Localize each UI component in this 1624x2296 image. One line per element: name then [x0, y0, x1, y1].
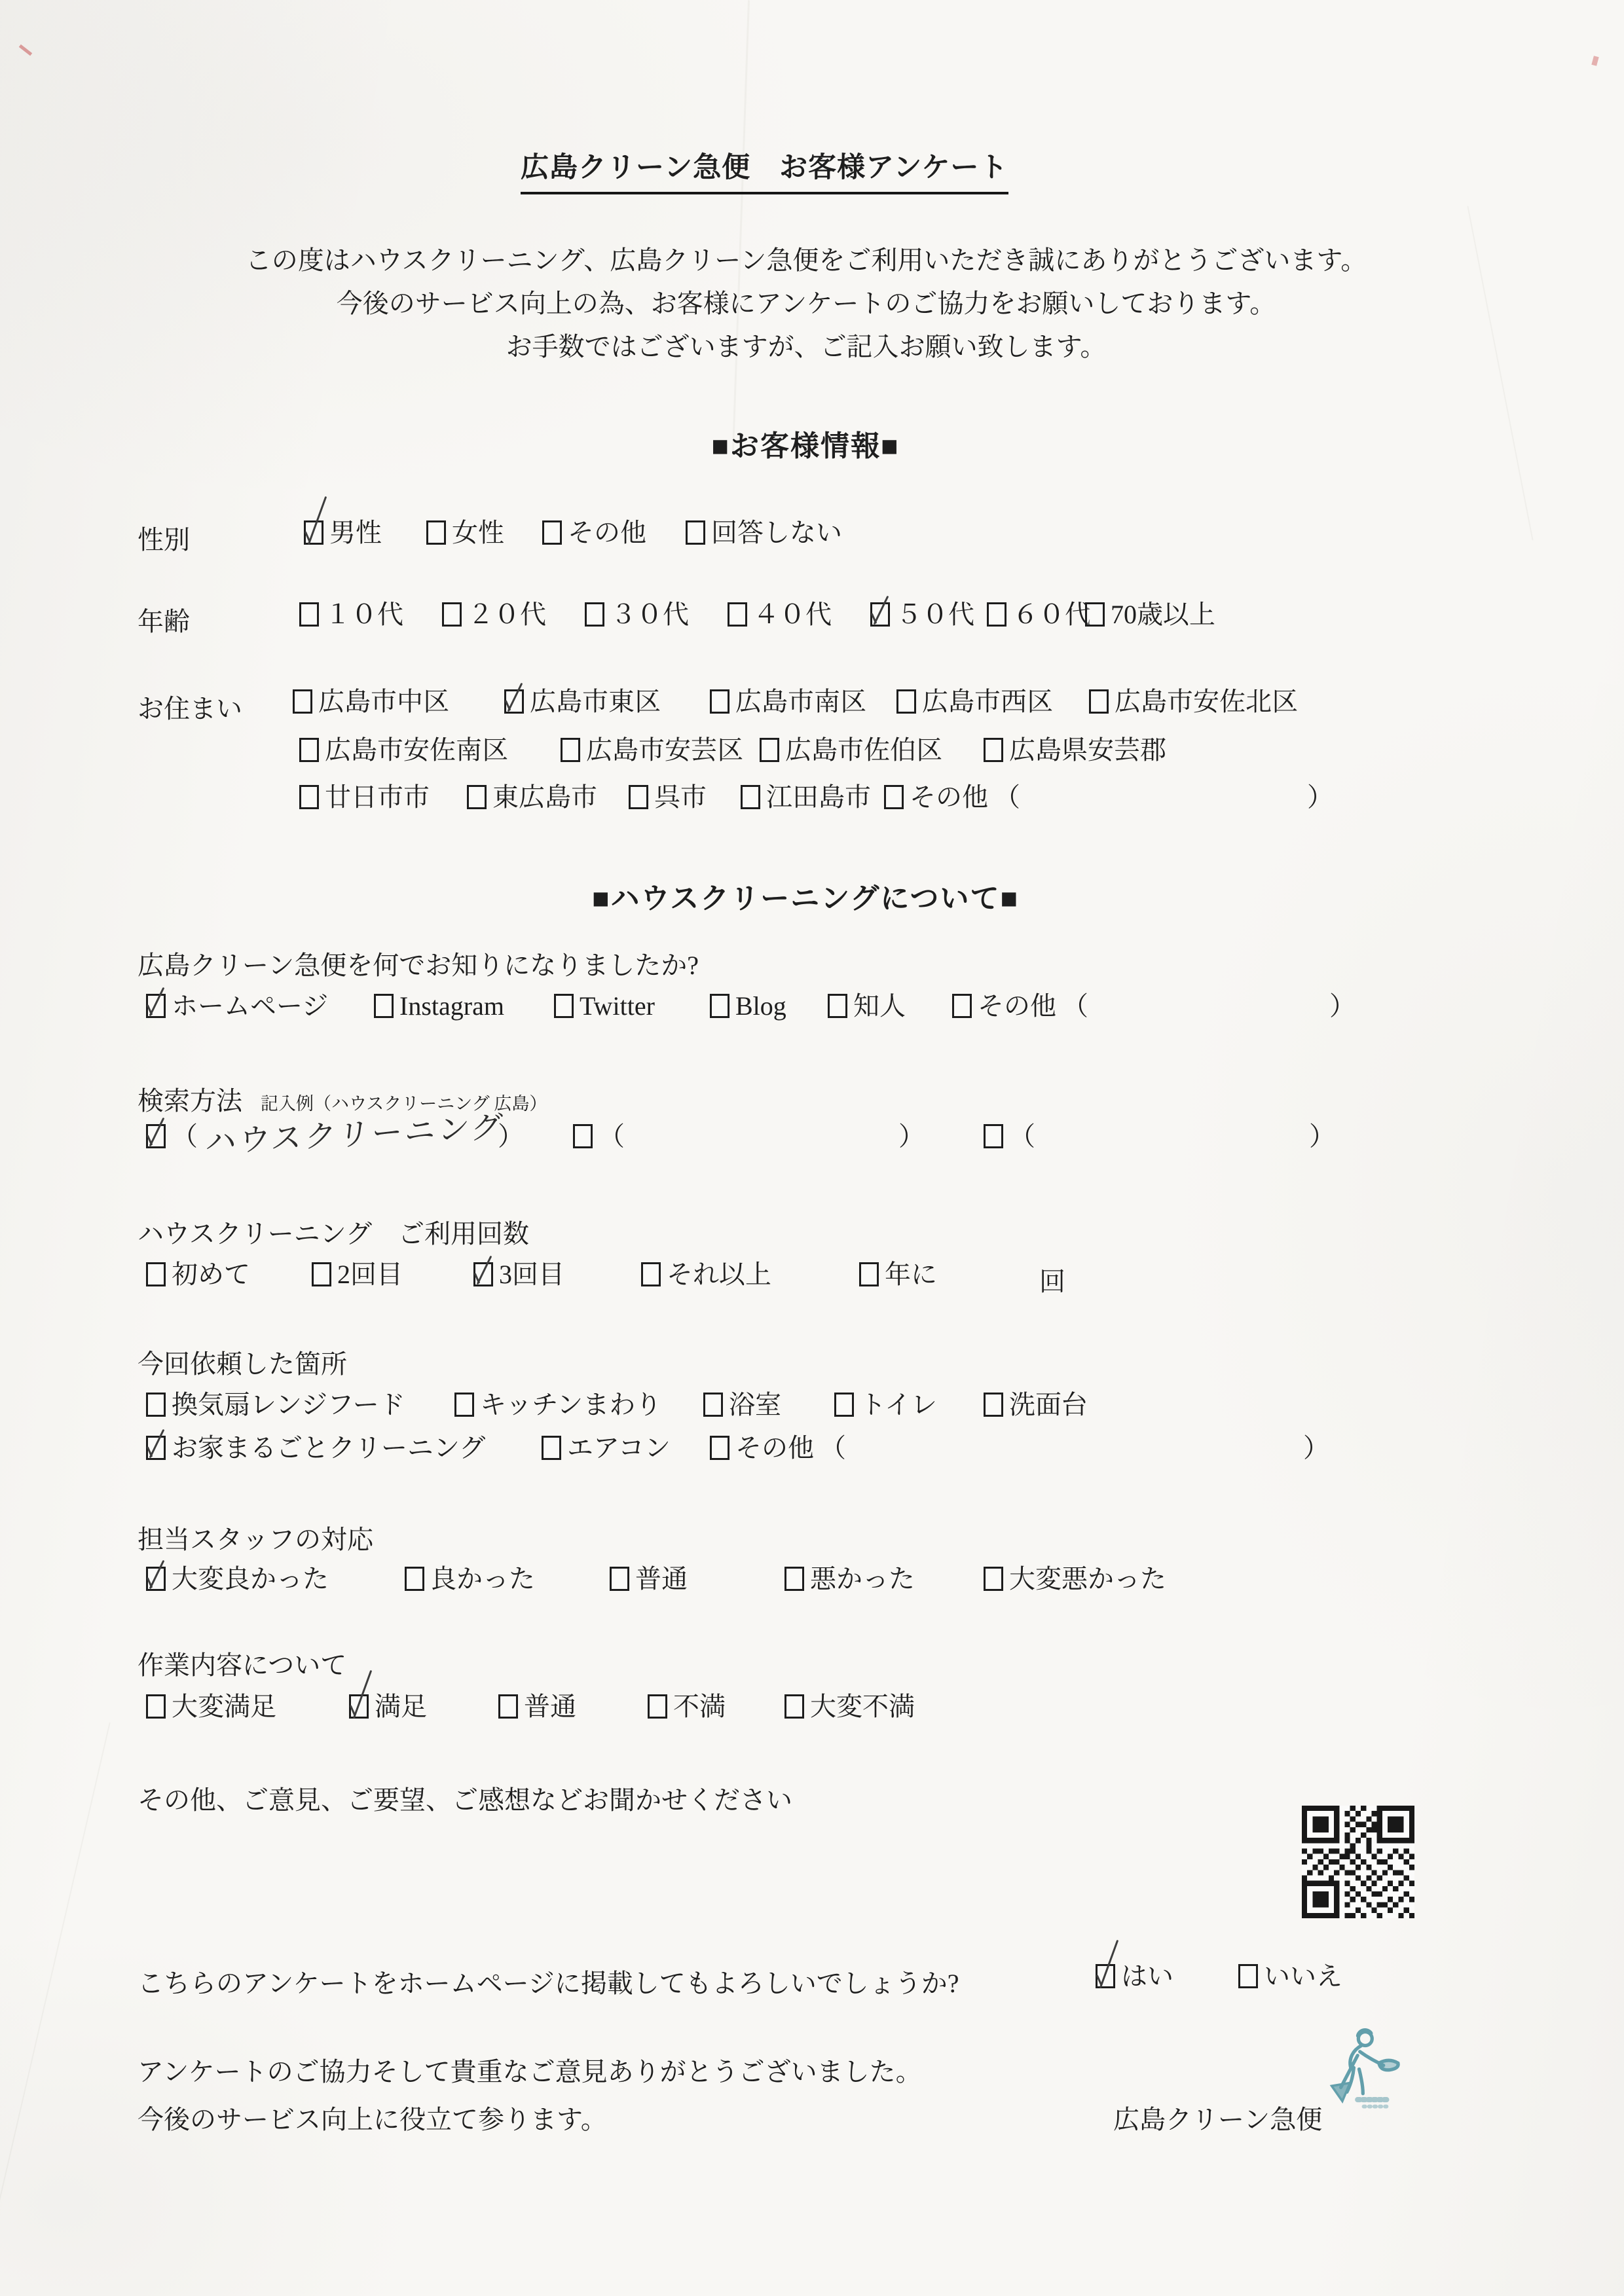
- option-usage-third: 3回目: [473, 1259, 564, 1290]
- checkbox-usage-second[interactable]: [312, 1262, 331, 1286]
- checkbox-res-higashiku[interactable]: [504, 689, 524, 714]
- option-res-kure: 呉市: [629, 782, 707, 813]
- checkbox-gender-male[interactable]: [304, 520, 323, 545]
- checkbox-staff-bad[interactable]: [784, 1567, 804, 1591]
- option-source-twitter: Twitter: [554, 991, 655, 1022]
- survey-page: 広島クリーン急便 お客様アンケート この度はハウスクリーニング、広島クリーン急便…: [0, 0, 1624, 2296]
- option-res-etajima: 江田島市: [741, 782, 871, 813]
- age-label: 年齢: [138, 601, 190, 638]
- company-name: 広島クリーン急便: [1113, 2099, 1322, 2136]
- checkbox-area-washstand[interactable]: [984, 1393, 1003, 1417]
- option-gender-male: 男性: [304, 517, 382, 549]
- checkbox-res-nishiku[interactable]: [896, 689, 916, 714]
- checkbox-age-60s[interactable]: [987, 602, 1006, 627]
- checkbox-search-2[interactable]: [573, 1124, 593, 1148]
- option-res-higashihiroshima: 東広島市: [467, 782, 597, 813]
- checkbox-res-asakitaku[interactable]: [1089, 689, 1109, 714]
- checkbox-staff-good[interactable]: [405, 1567, 424, 1591]
- option-res-nakaku: 広島市中区: [293, 686, 449, 718]
- option-area-other: その他 （ ）: [710, 1432, 1329, 1464]
- option-usage-more: それ以上: [641, 1259, 771, 1290]
- option-source-other: その他 （ ）: [952, 991, 1356, 1022]
- section-header-housecleaning: ■ハウスクリーニングについて■: [0, 875, 1611, 917]
- staff-response-label: 担当スタッフの対応: [138, 1519, 373, 1556]
- checkbox-res-higashihiroshima[interactable]: [467, 785, 487, 809]
- option-res-higashiku: 広島市東区: [504, 686, 661, 718]
- option-area-washstand: 洗面台: [984, 1389, 1088, 1421]
- checkbox-res-etajima[interactable]: [741, 785, 760, 809]
- search-entry-3: （ ）: [984, 1121, 1335, 1152]
- checkbox-res-akiku[interactable]: [561, 738, 580, 762]
- residence-label: お住まい: [138, 688, 242, 725]
- checkbox-work-normal[interactable]: [498, 1694, 518, 1719]
- option-res-hatsukaichi: 廿日市市: [299, 782, 430, 813]
- option-res-saekiku: 広島市佐伯区: [760, 735, 942, 766]
- intro-text: この度はハウスクリーニング、広島クリーン急便をご利用いただき誠にありがとうござい…: [0, 239, 1612, 369]
- checkbox-area-rangehood[interactable]: [146, 1393, 166, 1417]
- option-age-60s: ６０代: [987, 599, 1091, 630]
- checkbox-age-10s[interactable]: [299, 602, 319, 627]
- search-entry-2: （ ）: [573, 1121, 925, 1152]
- cleaning-staff-logo: [1319, 2026, 1403, 2126]
- checkbox-usage-more[interactable]: [641, 1262, 661, 1286]
- option-age-10s: １０代: [299, 599, 403, 630]
- option-work-verysatisfied: 大変満足: [146, 1691, 276, 1722]
- checkbox-res-asaminamiku[interactable]: [299, 738, 319, 762]
- option-area-rangehood: 換気扇レンジフード: [146, 1389, 405, 1421]
- option-area-aircon: エアコン: [542, 1432, 671, 1464]
- checkbox-search-1[interactable]: [146, 1124, 166, 1148]
- option-staff-normal: 普通: [610, 1563, 688, 1595]
- option-res-nishiku: 広島市西区: [896, 686, 1053, 718]
- checkbox-age-70plus[interactable]: [1085, 602, 1105, 627]
- search-entry-1: （ ハウスクリーニング ）: [146, 1121, 524, 1162]
- checkbox-res-minamiku[interactable]: [710, 689, 729, 714]
- option-age-20s: ２０代: [442, 599, 546, 630]
- option-gender-female: 女性: [426, 517, 504, 549]
- paper-crease: [732, 0, 750, 452]
- checkbox-usage-yearly[interactable]: [859, 1262, 879, 1286]
- checkbox-res-other[interactable]: [884, 785, 904, 809]
- option-publish-yes: はい: [1096, 1961, 1173, 1992]
- checkbox-area-wholehouse[interactable]: [146, 1436, 166, 1460]
- option-source-blog: Blog: [710, 991, 786, 1022]
- checkbox-source-twitter[interactable]: [554, 994, 574, 1018]
- option-work-dissatisfied: 不満: [648, 1691, 726, 1722]
- residence-other-input[interactable]: [1026, 782, 1301, 811]
- option-staff-bad: 悪かった: [784, 1563, 915, 1595]
- checkbox-source-other[interactable]: [952, 994, 972, 1018]
- closing-thanks: アンケートのご協力そして貴重なご意見ありがとうございました。: [138, 2051, 922, 2088]
- qr-code: [1302, 1806, 1414, 1918]
- search-term-input-2[interactable]: [631, 1121, 893, 1150]
- search-term-input-3[interactable]: [1041, 1121, 1303, 1150]
- work-content-label: 作業内容について: [138, 1645, 346, 1682]
- checkbox-usage-third[interactable]: [473, 1262, 493, 1286]
- checkbox-source-blog[interactable]: [710, 994, 729, 1018]
- option-source-homepage: ホームページ: [146, 991, 328, 1022]
- option-gender-noanswer: 回答しない: [686, 517, 842, 549]
- area-other-input[interactable]: [852, 1432, 1297, 1461]
- option-res-asakitaku: 広島市安佐北区: [1089, 686, 1298, 718]
- option-staff-verybad: 大変悪かった: [984, 1563, 1166, 1595]
- option-gender-other: その他: [542, 517, 646, 549]
- publish-question: こちらのアンケートをホームページに掲載してもよろしいでしょうか?: [138, 1963, 959, 2000]
- option-staff-verygood: 大変良かった: [146, 1563, 329, 1595]
- checkbox-publish-yes[interactable]: [1096, 1964, 1115, 1988]
- page-title: 広島クリーン急便 お客様アンケート: [521, 145, 1008, 194]
- checkbox-age-40s[interactable]: [728, 602, 747, 627]
- checkbox-source-instagram[interactable]: [374, 994, 394, 1018]
- checkbox-gender-female[interactable]: [426, 520, 446, 545]
- checkbox-area-kitchen[interactable]: [454, 1393, 474, 1417]
- option-area-bath: 浴室: [703, 1389, 781, 1421]
- gender-label: 性別: [138, 519, 190, 556]
- paper-crease: [0, 1722, 111, 2271]
- option-work-normal: 普通: [498, 1691, 576, 1722]
- intro-line: 今後のサービス向上の為、お客様にアンケートのご協力をお願いしております。: [0, 282, 1612, 325]
- option-source-instagram: Instagram: [374, 991, 504, 1022]
- checkbox-gender-other[interactable]: [542, 520, 562, 545]
- option-age-40s: ４０代: [728, 599, 832, 630]
- checkbox-age-20s[interactable]: [442, 602, 462, 627]
- checkbox-usage-first[interactable]: [146, 1262, 166, 1286]
- scan-artifact: [1591, 56, 1598, 66]
- option-age-70plus: 70歳以上: [1085, 599, 1215, 630]
- intro-line: この度はハウスクリーニング、広島クリーン急便をご利用いただき誠にありがとうござい…: [0, 239, 1612, 282]
- checkbox-staff-normal[interactable]: [610, 1567, 629, 1591]
- checkbox-res-nakaku[interactable]: [293, 689, 312, 714]
- checkbox-work-satisfied[interactable]: [349, 1694, 369, 1719]
- option-work-verydissatisfied: 大変不満: [784, 1691, 915, 1722]
- checkbox-area-aircon[interactable]: [542, 1436, 561, 1460]
- option-res-asaminamiku: 広島市安佐南区: [299, 735, 508, 766]
- checkbox-area-other[interactable]: [710, 1436, 729, 1460]
- option-res-akiku: 広島市安芸区: [561, 735, 743, 766]
- option-age-30s: ３０代: [585, 599, 689, 630]
- source-question: 広島クリーン急便を何でお知りになりましたか?: [138, 945, 699, 982]
- scan-artifact: [19, 45, 32, 56]
- usage-times-suffix: 回: [1039, 1261, 1065, 1298]
- checkbox-publish-no[interactable]: [1238, 1964, 1258, 1988]
- checkbox-area-bath[interactable]: [703, 1393, 723, 1417]
- checkbox-area-toilet[interactable]: [834, 1393, 854, 1417]
- checkbox-res-kure[interactable]: [629, 785, 648, 809]
- option-age-50s: ５０代: [870, 599, 974, 630]
- feedback-label: その他、ご意見、ご要望、ご感想などお聞かせください: [138, 1779, 792, 1817]
- checkbox-staff-verybad[interactable]: [984, 1567, 1003, 1591]
- checkbox-age-30s[interactable]: [585, 602, 604, 627]
- intro-line: お手数ではございますが、ご記入お願い致します。: [0, 325, 1612, 369]
- source-other-input[interactable]: [1094, 991, 1323, 1019]
- checkbox-gender-noanswer[interactable]: [686, 520, 705, 545]
- section-header-customer-info: ■お客様情報■: [0, 422, 1611, 464]
- checkbox-age-50s[interactable]: [870, 602, 890, 627]
- option-res-minamiku: 広島市南区: [710, 686, 866, 718]
- option-area-kitchen: キッチンまわり: [454, 1389, 661, 1421]
- option-work-satisfied: 満足: [349, 1691, 427, 1722]
- requested-areas-label: 今回依頼した箇所: [138, 1343, 347, 1381]
- option-source-friend: 知人: [828, 991, 906, 1022]
- usage-count-label: ハウスクリーニング ご利用回数: [138, 1213, 529, 1250]
- checkbox-work-verysatisfied[interactable]: [146, 1694, 166, 1719]
- checkbox-work-dissatisfied[interactable]: [648, 1694, 667, 1719]
- option-publish-no: いいえ: [1238, 1961, 1342, 1992]
- checkbox-source-friend[interactable]: [828, 994, 847, 1018]
- checkbox-res-hatsukaichi[interactable]: [299, 785, 319, 809]
- option-usage-first: 初めて: [146, 1259, 250, 1290]
- option-staff-good: 良かった: [405, 1563, 535, 1595]
- closing-promise: 今後のサービス向上に役立て参ります。: [138, 2099, 607, 2136]
- option-area-wholehouse: お家まるごとクリーニング: [146, 1432, 485, 1464]
- option-area-toilet: トイレ: [834, 1389, 937, 1421]
- checkbox-work-verydissatisfied[interactable]: [784, 1694, 804, 1719]
- checkbox-res-akigun[interactable]: [984, 738, 1003, 762]
- checkbox-staff-verygood[interactable]: [146, 1567, 166, 1591]
- option-res-other: その他 （ ）: [884, 782, 1333, 813]
- checkbox-search-3[interactable]: [984, 1124, 1003, 1148]
- checkbox-res-saekiku[interactable]: [760, 738, 779, 762]
- option-res-akigun: 広島県安芸郡: [984, 735, 1166, 766]
- checkbox-source-homepage[interactable]: [146, 994, 166, 1018]
- option-usage-yearly: 年に: [859, 1259, 937, 1290]
- option-usage-second: 2回目: [312, 1259, 403, 1290]
